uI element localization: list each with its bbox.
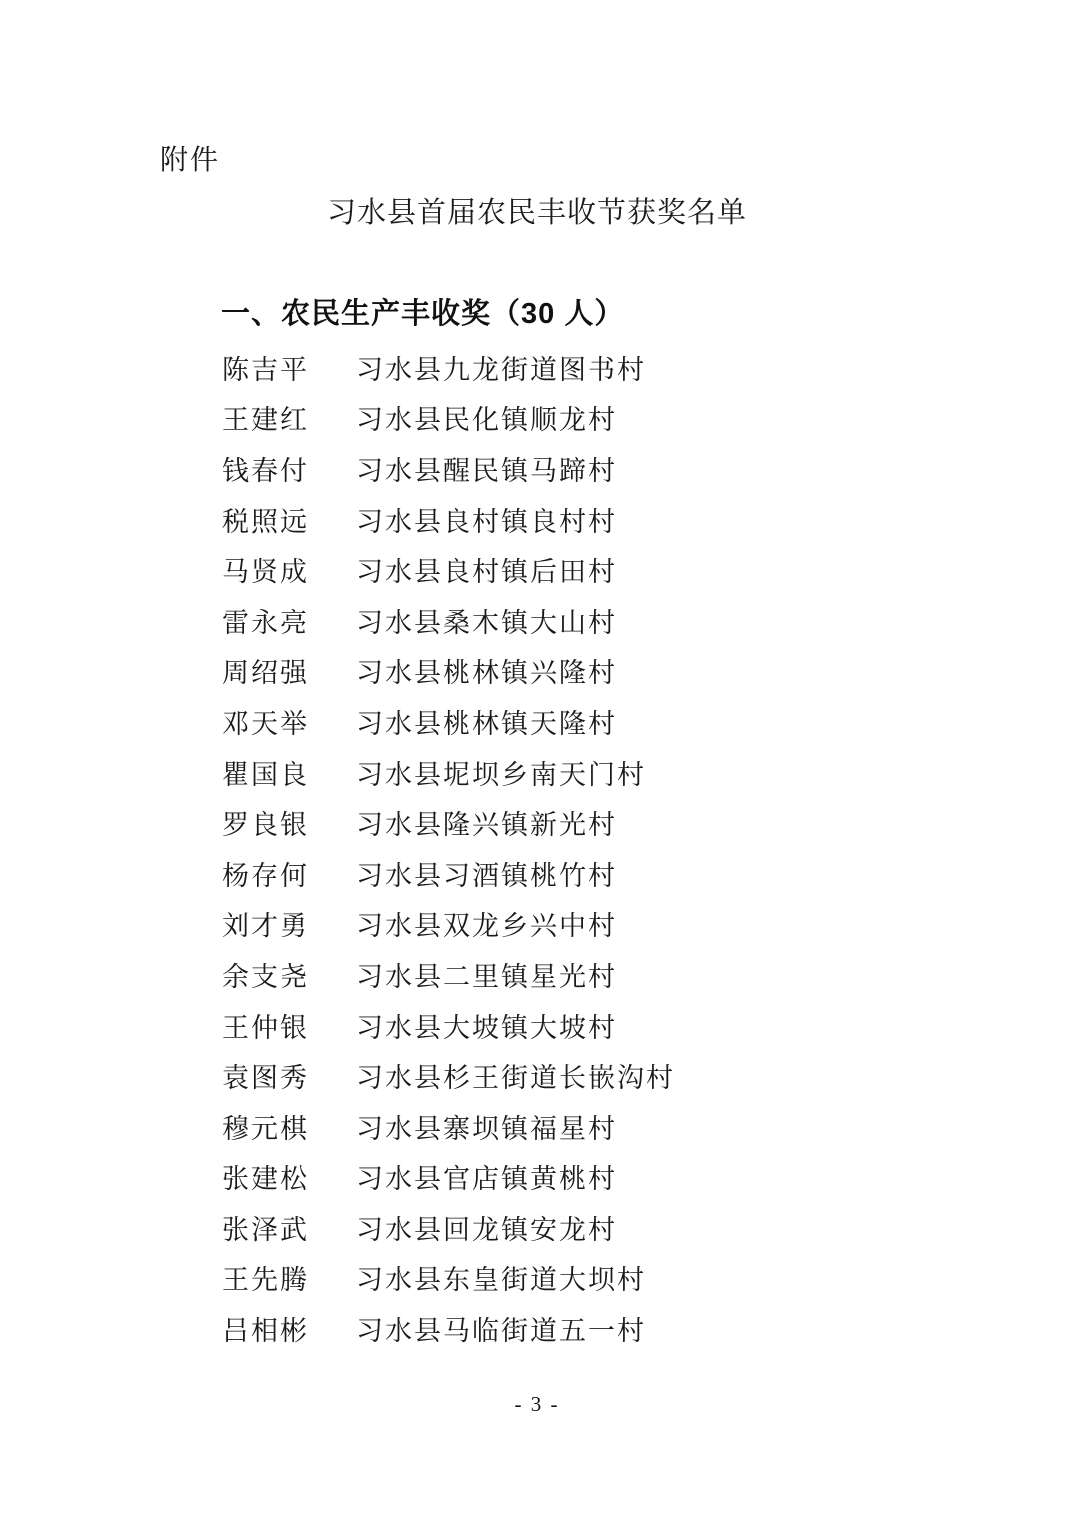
winner-location: 习水县坭坝乡南天门村 [356, 753, 646, 792]
winner-name: 吕相彬 [222, 1309, 356, 1348]
winner-name: 张泽武 [222, 1208, 356, 1247]
winner-location: 习水县马临街道五一村 [356, 1309, 646, 1348]
winner-location: 习水县良村镇良村村 [356, 500, 617, 539]
list-item: 王仲银习水县大坡镇大坡村 [222, 1000, 922, 1051]
winner-location: 习水县隆兴镇新光村 [356, 803, 617, 842]
winner-name: 杨存何 [222, 854, 356, 893]
winner-location: 习水县东皇街道大坝村 [356, 1258, 646, 1297]
list-item: 邓天举习水县桃林镇天隆村 [222, 696, 922, 747]
winner-name: 王先腾 [222, 1258, 356, 1297]
list-item: 余支尧习水县二里镇星光村 [222, 949, 922, 1000]
list-item: 王先腾习水县东皇街道大坝村 [222, 1253, 922, 1304]
winner-location: 习水县良村镇后田村 [356, 550, 617, 589]
winner-location: 习水县习酒镇桃竹村 [356, 854, 617, 893]
winner-name: 余支尧 [222, 955, 356, 994]
winner-location: 习水县大坡镇大坡村 [356, 1006, 617, 1045]
winner-name: 马贤成 [222, 550, 356, 589]
list-item: 杨存何习水县习酒镇桃竹村 [222, 848, 922, 899]
list-item: 陈吉平习水县九龙街道图书村 [222, 342, 922, 393]
winner-name: 瞿国良 [222, 753, 356, 792]
winner-location: 习水县九龙街道图书村 [356, 348, 646, 387]
winner-name: 税照远 [222, 500, 356, 539]
winner-name: 邓天举 [222, 702, 356, 741]
winner-location: 习水县民化镇顺龙村 [356, 398, 617, 437]
winner-location: 习水县醒民镇马蹄村 [356, 449, 617, 488]
winner-name: 钱春付 [222, 449, 356, 488]
winner-name: 王仲银 [222, 1006, 356, 1045]
attachment-label: 附件 [160, 138, 220, 178]
winner-name: 王建红 [222, 398, 356, 437]
winner-name: 张建松 [222, 1157, 356, 1196]
document-page: 附件 习水县首届农民丰收节获奖名单 一、农民生产丰收奖（30 人） 陈吉平习水县… [0, 0, 1074, 1520]
winner-location: 习水县回龙镇安龙村 [356, 1208, 617, 1247]
list-item: 罗良银习水县隆兴镇新光村 [222, 797, 922, 848]
winner-location: 习水县二里镇星光村 [356, 955, 617, 994]
winner-location: 习水县桃林镇天隆村 [356, 702, 617, 741]
list-item: 穆元棋习水县寨坝镇福星村 [222, 1101, 922, 1152]
list-item: 张泽武习水县回龙镇安龙村 [222, 1202, 922, 1253]
winner-location: 习水县桃林镇兴隆村 [356, 651, 617, 690]
list-item: 袁图秀习水县杉王街道长嵌沟村 [222, 1050, 922, 1101]
winner-location: 习水县杉王街道长嵌沟村 [356, 1056, 675, 1095]
award-list: 陈吉平习水县九龙街道图书村王建红习水县民化镇顺龙村钱春付习水县醒民镇马蹄村税照远… [222, 342, 922, 1354]
winner-name: 雷永亮 [222, 601, 356, 640]
winner-location: 习水县官店镇黄桃村 [356, 1157, 617, 1196]
winner-name: 罗良银 [222, 803, 356, 842]
winner-name: 穆元棋 [222, 1107, 356, 1146]
winner-location: 习水县双龙乡兴中村 [356, 904, 617, 943]
list-item: 瞿国良习水县坭坝乡南天门村 [222, 747, 922, 798]
list-item: 吕相彬习水县马临街道五一村 [222, 1303, 922, 1354]
list-item: 雷永亮习水县桑木镇大山村 [222, 595, 922, 646]
list-item: 税照远习水县良村镇良村村 [222, 494, 922, 545]
section-heading: 一、农民生产丰收奖（30 人） [221, 291, 624, 332]
list-item: 王建红习水县民化镇顺龙村 [222, 393, 922, 444]
winner-name: 周绍强 [222, 651, 356, 690]
list-item: 刘才勇习水县双龙乡兴中村 [222, 899, 922, 950]
list-item: 钱春付习水县醒民镇马蹄村 [222, 443, 922, 494]
page-number: - 3 - [0, 1392, 1074, 1417]
winner-name: 刘才勇 [222, 904, 356, 943]
winner-location: 习水县寨坝镇福星村 [356, 1107, 617, 1146]
winner-name: 袁图秀 [222, 1056, 356, 1095]
document-title: 习水县首届农民丰收节获奖名单 [0, 190, 1074, 231]
winner-name: 陈吉平 [222, 348, 356, 387]
list-item: 马贤成习水县良村镇后田村 [222, 544, 922, 595]
list-item: 周绍强习水县桃林镇兴隆村 [222, 646, 922, 697]
list-item: 张建松习水县官店镇黄桃村 [222, 1152, 922, 1203]
winner-location: 习水县桑木镇大山村 [356, 601, 617, 640]
